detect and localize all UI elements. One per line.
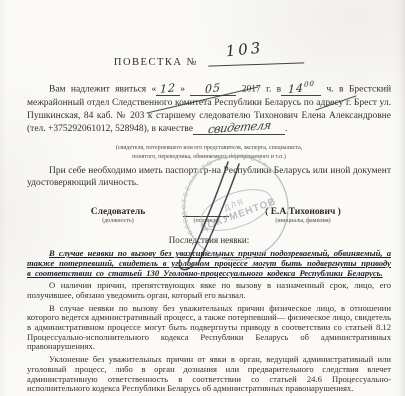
consequences-para-1: В случае неявки по вызову без уважительн…: [27, 249, 391, 278]
passport-note: При себе необходимо иметь паспорт гр-на …: [27, 165, 391, 189]
summon-text-2: »: [180, 85, 185, 95]
position-label: Следователь: [63, 207, 173, 217]
consequences-para-3: В случае неявки по вызову без уважительн…: [27, 304, 391, 353]
signer-name-hint: (инициалы, фамилия): [239, 218, 367, 224]
doc-title: ПОВЕСТКА №: [114, 57, 198, 68]
consequences-para-2: О наличии причин, препятствующих явке по…: [27, 281, 391, 300]
position-column: Следователь (должность): [63, 207, 173, 224]
doc-number-line: 103: [208, 48, 304, 66]
summon-paragraph: Вам надлежит явиться «12» 05 2017 г. в14…: [27, 81, 391, 136]
summon-text-5: .: [285, 124, 287, 134]
capacity-field: свидетеля: [193, 123, 285, 135]
month-field: 05: [190, 84, 236, 96]
document-page: ПОВЕСТКА №103 Вам надлежит явиться «12» …: [0, 0, 405, 396]
capacity-hint-line1: (свидетеля, потерпевшего или его предста…: [27, 145, 391, 152]
signature-row: Следователь (должность) (подпись) ( Е.А.…: [63, 205, 367, 224]
time-field: 1400: [281, 81, 321, 96]
name-column: ( Е.А.Тихонович ) (инициалы, фамилия): [239, 207, 367, 224]
consequences-section: В случае неявки по вызову без уважительн…: [27, 249, 391, 394]
day-field: 12: [156, 84, 180, 96]
doc-title-row: ПОВЕСТКА №103: [27, 50, 391, 68]
capacity-hint-line2: понятого, переводчика, обвиняемого, подо…: [27, 154, 391, 161]
consequences-para-4: Уклонение без уважительных причин от явк…: [27, 355, 391, 394]
signature-column: (подпись): [183, 205, 229, 224]
summon-text-1: Вам надлежит явиться «: [49, 85, 156, 95]
time-handwritten: 1400: [288, 80, 315, 95]
day-handwritten: 12: [160, 83, 176, 94]
signer-name: ( Е.А.Тихонович ): [239, 207, 367, 217]
summon-text-3: 2017 г. в: [242, 85, 281, 95]
capacity-handwritten: свидетеля: [207, 120, 271, 134]
month-handwritten: 05: [205, 83, 221, 94]
signature-line: [183, 205, 229, 217]
signature-hint: (подпись): [183, 218, 229, 224]
consequences-heading: Последствия неявки:: [27, 235, 391, 245]
doc-number-handwritten: 103: [225, 38, 264, 60]
position-hint: (должность): [63, 218, 173, 224]
